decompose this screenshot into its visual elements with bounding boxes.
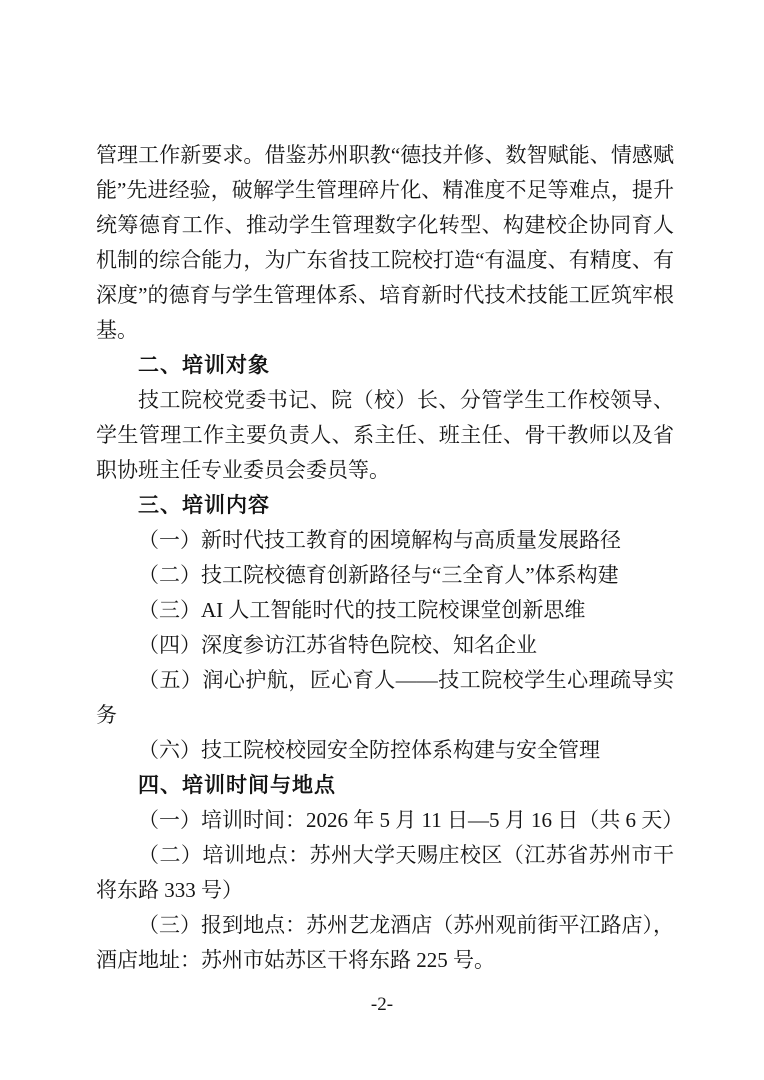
paragraph-intro-continued: 管理工作新要求。借鉴苏州职教“德技并修、数智赋能、情感赋能”先进经验，破解学生管… xyxy=(96,138,674,348)
paragraph-training-targets: 技工院校党委书记、院（校）长、分管学生工作校领导、学生管理工作主要负责人、系主任… xyxy=(96,383,674,488)
item-registration-location: （三）报到地点：苏州艺龙酒店（苏州观前街平江路店），酒店地址：苏州市姑苏区干将东… xyxy=(96,908,674,978)
heading-training-content: 三、培训内容 xyxy=(96,488,674,523)
heading-time-and-location: 四、培训时间与地点 xyxy=(96,768,674,803)
training-content-item-4: （四）深度参访江苏省特色院校、知名企业 xyxy=(96,628,674,663)
training-content-item-1: （一）新时代技工教育的困境解构与高质量发展路径 xyxy=(96,523,674,558)
document-page: 管理工作新要求。借鉴苏州职教“德技并修、数智赋能、情感赋能”先进经验，破解学生管… xyxy=(0,0,764,1080)
training-content-item-5: （五）润心护航，匠心育人——技工院校学生心理疏导实务 xyxy=(96,663,674,733)
item-training-time: （一）培训时间：2026 年 5 月 11 日—5 月 16 日（共 6 天） xyxy=(96,803,674,838)
item-training-location: （二）培训地点：苏州大学天赐庄校区（江苏省苏州市干将东路 333 号） xyxy=(96,838,674,908)
heading-training-targets: 二、培训对象 xyxy=(96,348,674,383)
document-body: 管理工作新要求。借鉴苏州职教“德技并修、数智赋能、情感赋能”先进经验，破解学生管… xyxy=(96,138,674,978)
page-number: -2- xyxy=(0,993,764,1017)
training-content-item-3: （三）AI 人工智能时代的技工院校课堂创新思维 xyxy=(96,593,674,628)
training-content-item-2: （二）技工院校德育创新路径与“三全育人”体系构建 xyxy=(96,558,674,593)
training-content-item-6: （六）技工院校校园安全防控体系构建与安全管理 xyxy=(96,733,674,768)
